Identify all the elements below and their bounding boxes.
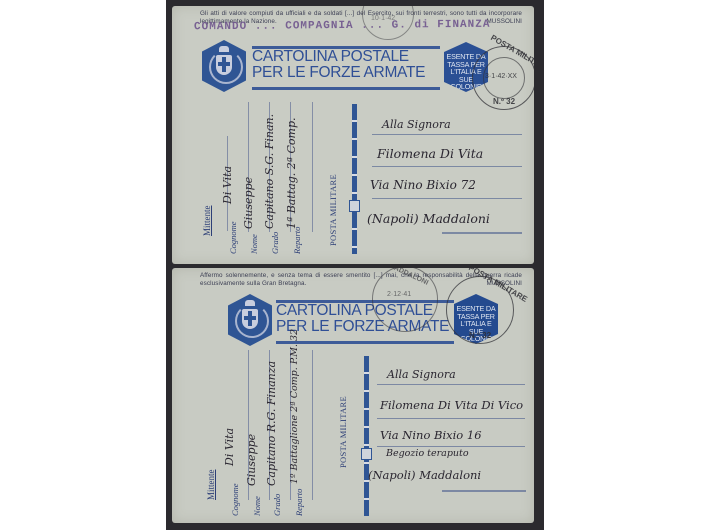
sender-rank: Capitano S.G. Finan. <box>263 114 276 229</box>
address-line-1: Alla Signora <box>387 368 456 381</box>
field-label-cognome: Cognome <box>230 483 240 516</box>
sender-name: Giuseppe <box>245 434 258 486</box>
sender-name: Giuseppe <box>242 177 255 229</box>
field-label-grado: Grado <box>272 494 282 516</box>
address-line-4: (Napoli) Maddaloni <box>367 211 490 226</box>
sender-surname: Di Vita <box>223 428 236 466</box>
sender-heading: Mittente <box>206 470 216 501</box>
field-label-nome: Nome <box>252 496 262 516</box>
card-divider <box>352 104 357 254</box>
title-line-1: CARTOLINA POSTALE <box>252 49 440 65</box>
postcard-bottom: Affermo solennemente, e senza tema di es… <box>172 268 534 523</box>
address-line-2: Filomena Di Vita Di Vico <box>380 398 523 412</box>
field-label-cognome: Cognome <box>228 221 238 254</box>
sender-heading: Mittente <box>202 206 212 237</box>
savoy-crest-icon <box>202 40 246 92</box>
field-label-grado: Grado <box>270 232 280 254</box>
address-line-1: Alla Signora <box>382 118 451 131</box>
savoy-crest-icon <box>228 294 272 346</box>
posta-militare-label: POSTA MILITARE <box>328 174 338 246</box>
field-label-reparto: Reparto <box>294 489 304 516</box>
postmark-arrival: 10·1·42 <box>362 6 414 40</box>
card-divider <box>364 356 369 516</box>
address-line-3: Via Nino Bixio 72 <box>370 178 476 192</box>
postmark-posta-militare: POSTA MILITARE 3·1·42·XX N.º 32 <box>472 46 534 110</box>
postmark-posta-militare: POSTA MILITARE N.º 32 <box>446 276 514 344</box>
postcard-top: Gli atti di valore compiuti da ufficiali… <box>172 6 534 264</box>
address-line-3: Via Nino Bixio 16 <box>380 428 482 442</box>
field-label-reparto: Reparto <box>292 227 302 254</box>
sender-unit: 1º Battaglione 2ª Comp. P.M. 32 <box>289 329 300 484</box>
address-line-5: (Napoli) Maddaloni <box>368 468 481 482</box>
title-line-2: PER LE FORZE ARMATE <box>252 65 440 81</box>
sender-surname: Di Vita <box>221 166 234 204</box>
field-label-nome: Nome <box>249 234 259 254</box>
address-line-2: Filomena Di Vita <box>377 146 483 161</box>
motto-signature: MUSSOLINI <box>486 18 522 26</box>
sender-unit: 1ª Battag. 2ª Comp. <box>285 117 298 229</box>
address-line-4: Begozio teraputo <box>386 448 469 459</box>
card-title: CARTOLINA POSTALE PER LE FORZE ARMATE <box>252 46 440 90</box>
posta-militare-label: POSTA MILITARE <box>338 396 348 468</box>
command-cachet: COMANDO ... COMPAGNIA ... G. di FINANZA <box>194 19 491 34</box>
postmark-maddaloni: MADDALONI 2·12·41 <box>372 268 438 332</box>
sender-rank: Capitano R.G. Finanza <box>265 361 278 486</box>
